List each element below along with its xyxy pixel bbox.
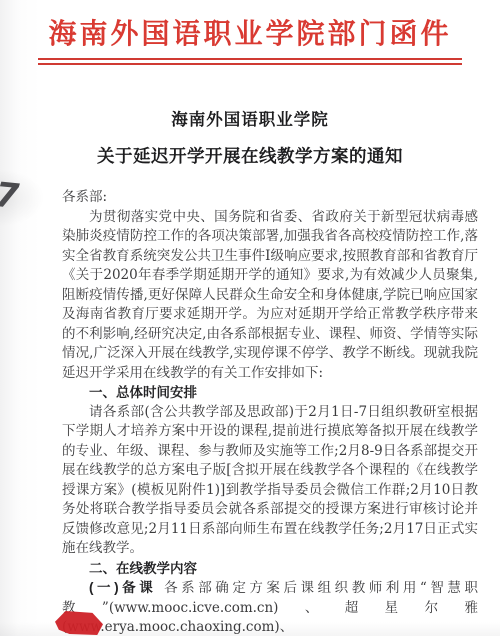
handwritten-7-mark: 7 bbox=[0, 175, 21, 217]
section-heading-online-teaching-content: 二、在线教学内容 bbox=[62, 559, 478, 579]
doc-title-subject: 关于延迟开学开展在线教学方案的通知 bbox=[0, 143, 500, 168]
subsection-label-lesson-prep: (一)备课 bbox=[89, 580, 156, 595]
paragraph-schedule: 请各系部(含公共教学部及思政部)于2月1日-7日组织教研室根据下学期人才培养方案… bbox=[62, 403, 478, 559]
section-heading-overall-schedule: 一、总体时间安排 bbox=[62, 383, 478, 403]
letterhead-double-rule bbox=[38, 58, 462, 65]
paragraph-intro: 为贯彻落实党中央、国务院和省委、省政府关于新型冠状病毒感染肺炎疫情防控工作的各项… bbox=[62, 208, 478, 384]
doc-title-organization: 海南外国语职业学院 bbox=[0, 106, 500, 130]
salutation: 各系部: bbox=[62, 188, 478, 208]
document-body: 各系部: 为贯彻落实党中央、国务院和省委、省政府关于新型冠状病毒感染肺炎疫情防控… bbox=[62, 188, 478, 636]
paragraph-lesson-preparation: (一)备课 各系部确定方案后课组织教师利用“智慧职教”(www.mooc.icv… bbox=[62, 578, 478, 636]
letterhead-title: 海南外国语职业学院部门函件 bbox=[0, 12, 500, 52]
document-page: 海南外国语职业学院部门函件 海南外国语职业学院 关于延迟开学开展在线教学方案的通… bbox=[0, 0, 500, 636]
